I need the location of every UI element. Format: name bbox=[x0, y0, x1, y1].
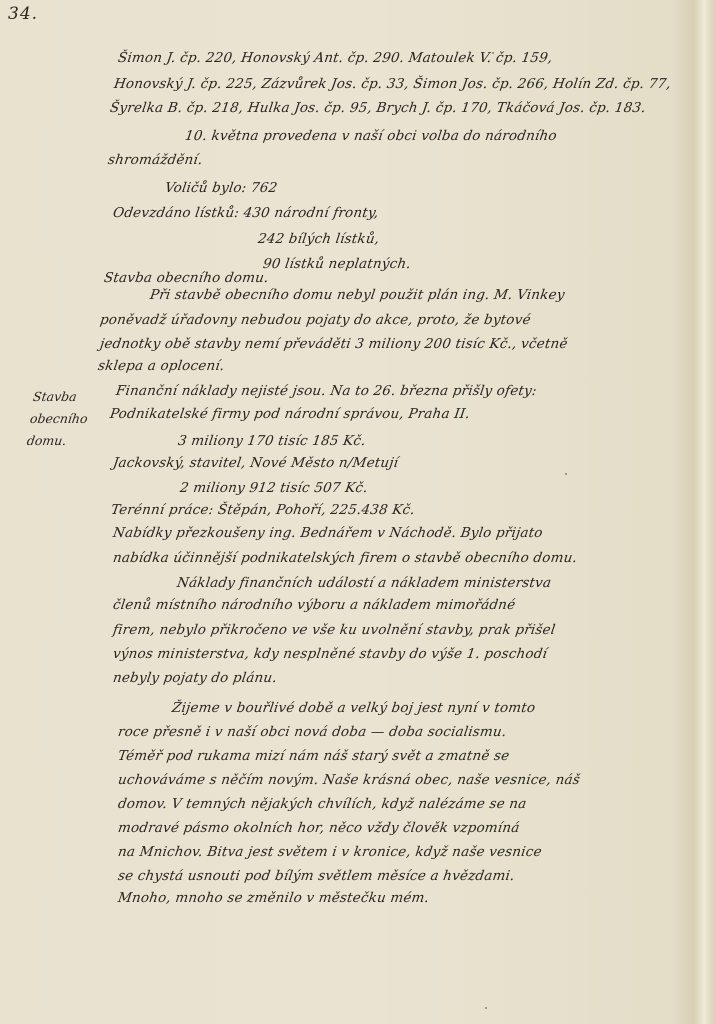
text-line: nabídka účinnější podnikatelských firem … bbox=[112, 550, 578, 566]
text-line: 242 bílých lístků, bbox=[257, 231, 381, 247]
text-line: Stavba obecního domu. bbox=[103, 270, 270, 286]
text-line: členů místního národního výboru a náklad… bbox=[112, 597, 517, 613]
text-line: Honovský J. čp. 225, Zázvůrek Jos. čp. 3… bbox=[113, 76, 672, 92]
text-line: 2 miliony 912 tisíc 507 Kč. bbox=[179, 480, 369, 496]
margin-note: Stavba obecního domu. bbox=[25, 386, 92, 452]
margin-note-line: Stavba bbox=[32, 386, 93, 408]
text-line: firem, nebylo přikročeno ve vše ku uvoln… bbox=[112, 622, 557, 638]
text-line: nebyly pojaty do plánu. bbox=[112, 670, 278, 686]
text-line: Odevzdáno lístků: 430 národní fronty, bbox=[112, 205, 380, 221]
text-line: Podnikatelské firmy pod národní správou,… bbox=[109, 406, 471, 422]
text-line: Náklady finančních událostí a nákladem m… bbox=[176, 575, 552, 591]
text-line: Při stavbě obecního domu nebyl použit pl… bbox=[149, 287, 566, 303]
paper-speck bbox=[565, 473, 567, 475]
text-line: roce přesně i v naší obci nová doba — do… bbox=[117, 724, 508, 740]
text-line: sklepa a oplocení. bbox=[97, 358, 226, 374]
text-line: na Mnichov. Bitva jest světem i v kronic… bbox=[117, 844, 543, 860]
manuscript-page: 34. Stavba obecního domu. Šimon J. čp. 2… bbox=[0, 0, 715, 1024]
text-line: Finanční náklady nejisté jsou. Na to 26.… bbox=[115, 383, 538, 399]
page-number: 34. bbox=[8, 4, 38, 24]
paper-speck bbox=[485, 1007, 487, 1009]
text-line: výnos ministerstva, kdy nesplněné stavby… bbox=[112, 646, 548, 662]
text-line: Téměř pod rukama mizí nám náš starý svět… bbox=[117, 748, 511, 764]
text-line: modravé pásmo okolních hor, něco vždy čl… bbox=[117, 820, 521, 836]
text-line: Šyrelka B. čp. 218, Hulka Jos. čp. 95, B… bbox=[109, 100, 647, 116]
text-line: domov. V temných nějakých chvílích, když… bbox=[117, 796, 528, 812]
text-line: Terénní práce: Štěpán, Pohoří, 225.438 K… bbox=[110, 502, 416, 518]
margin-note-line: obecního bbox=[28, 408, 89, 430]
text-line: se chystá usnouti pod bílým světlem měsí… bbox=[117, 868, 516, 884]
paper-speck bbox=[492, 52, 494, 54]
text-line: Šimon J. čp. 220, Honovský Ant. čp. 290.… bbox=[117, 50, 554, 66]
text-line: poněvadž úřadovny nebudou pojaty do akce… bbox=[99, 312, 532, 328]
text-line: 90 lístků neplatných. bbox=[262, 256, 412, 272]
text-line: Voličů bylo: 762 bbox=[164, 180, 279, 196]
text-line: Nabídky přezkoušeny ing. Bednářem v Nách… bbox=[112, 525, 544, 541]
text-line: jednotky obě stavby nemí převáděti 3 mil… bbox=[99, 336, 569, 352]
text-line: Jackovský, stavitel, Nové Město n/Metují bbox=[112, 455, 400, 471]
text-line: uchováváme s něčím novým. Naše krásná ob… bbox=[117, 772, 581, 788]
margin-note-line: domu. bbox=[25, 430, 86, 452]
text-line: Mnoho, mnoho se změnilo v městečku mém. bbox=[117, 890, 430, 906]
text-line: shromáždění. bbox=[107, 152, 204, 168]
text-line: 3 miliony 170 tisíc 185 Kč. bbox=[177, 433, 367, 449]
text-line: 10. května provedena v naší obci volba d… bbox=[184, 128, 558, 144]
text-line: Žijeme v bouřlivé době a velký boj jest … bbox=[171, 700, 537, 716]
